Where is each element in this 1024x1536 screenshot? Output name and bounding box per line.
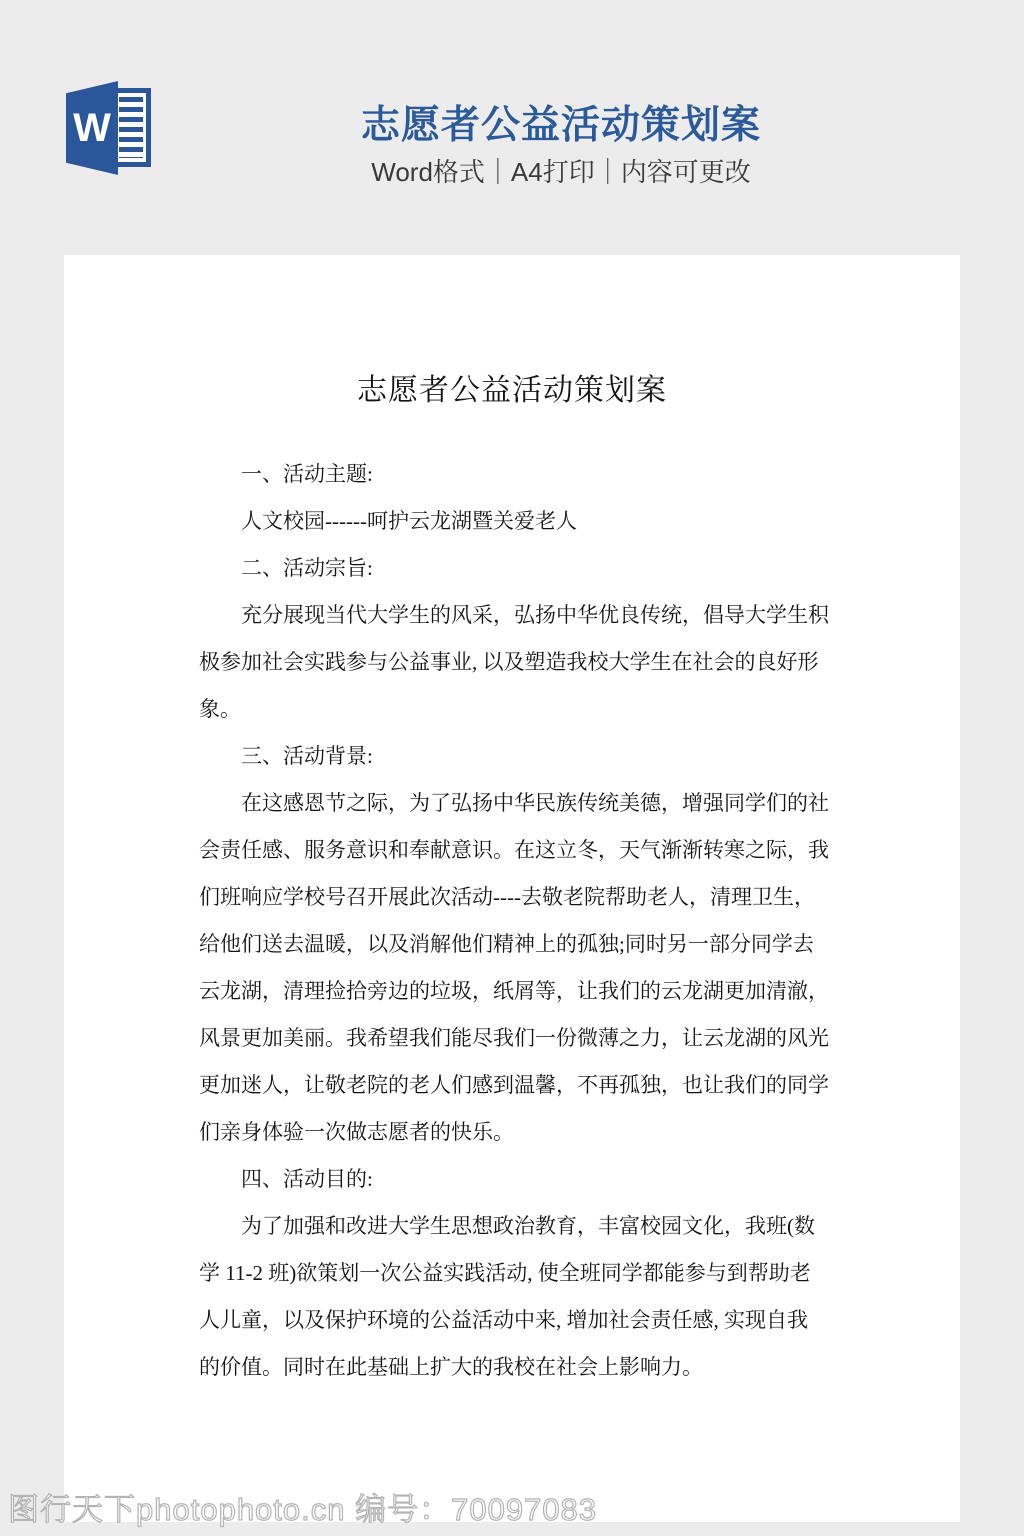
document-line: 们亲身体验一次做志愿者的快乐。 <box>199 1109 844 1156</box>
document-line: 一、活动主题: <box>199 451 844 498</box>
word-logo-letter: W <box>73 106 111 151</box>
page-subtitle: Word格式｜A4打印｜内容可更改 <box>371 152 750 189</box>
document-line: 给他们送去温暖，以及消解他们精神上的孤独;同时另一部分同学去 <box>199 921 844 968</box>
document-title: 志愿者公益活动策划案 <box>64 365 960 409</box>
document-line: 更加迷人，让敬老院的老人们感到温馨，不再孤独，也让我们的同学 <box>199 1062 844 1109</box>
document-line: 学 11-2 班)欲策划一次公益实践活动, 使全班同学都能参与到帮助老 <box>199 1250 844 1297</box>
document-line: 人文校园------呵护云龙湖暨关爱老人 <box>199 498 844 545</box>
watermark-text: 图行天下photophoto.cn 编号：70097083 <box>8 1484 597 1529</box>
document-line: 人儿童，以及保护环境的公益活动中来, 增加社会责任感, 实现自我 <box>199 1297 844 1344</box>
document-line: 在这感恩节之际，为了弘扬中华民族传统美德，增强同学们的社 <box>199 780 844 827</box>
document-line: 充分展现当代大学生的风采，弘扬中华优良传统，倡导大学生积 <box>199 592 844 639</box>
document-line: 们班响应学校号召开展此次活动----去敬老院帮助老人，清理卫生， <box>199 874 844 921</box>
document-body: 一、活动主题:人文校园------呵护云龙湖暨关爱老人二、活动宗旨:充分展现当代… <box>199 451 844 1391</box>
word-logo-page-lines <box>119 97 143 158</box>
document-line: 二、活动宗旨: <box>199 545 844 592</box>
document-line: 为了加强和改进大学生思想政治教育，丰富校园文化，我班(数 <box>199 1203 844 1250</box>
document-line: 的价值。同时在此基础上扩大的我校在社会上影响力。 <box>199 1344 844 1391</box>
document-line: 三、活动背景: <box>199 733 844 780</box>
word-logo-flag-icon: W <box>66 81 118 175</box>
document-line: 四、活动目的: <box>199 1156 844 1203</box>
document-line: 云龙湖，清理捡拾旁边的垃圾，纸屑等，让我们的云龙湖更加清澈， <box>199 968 844 1015</box>
document-line: 风景更加美丽。我希望我们能尽我们一份微薄之力，让云龙湖的风光 <box>199 1015 844 1062</box>
page-title: 志愿者公益活动策划案 <box>361 94 761 150</box>
document-card: 志愿者公益活动策划案 一、活动主题:人文校园------呵护云龙湖暨关爱老人二、… <box>64 255 960 1522</box>
word-logo-icon: W <box>66 81 152 175</box>
document-line: 象。 <box>199 686 844 733</box>
page-header: W 志愿者公益活动策划案 Word格式｜A4打印｜内容可更改 <box>0 0 1024 255</box>
document-line: 极参加社会实践参与公益事业, 以及塑造我校大学生在社会的良好形 <box>199 639 844 686</box>
document-line: 会责任感、服务意识和奉献意识。在这立冬，天气渐渐转寒之际，我 <box>199 827 844 874</box>
